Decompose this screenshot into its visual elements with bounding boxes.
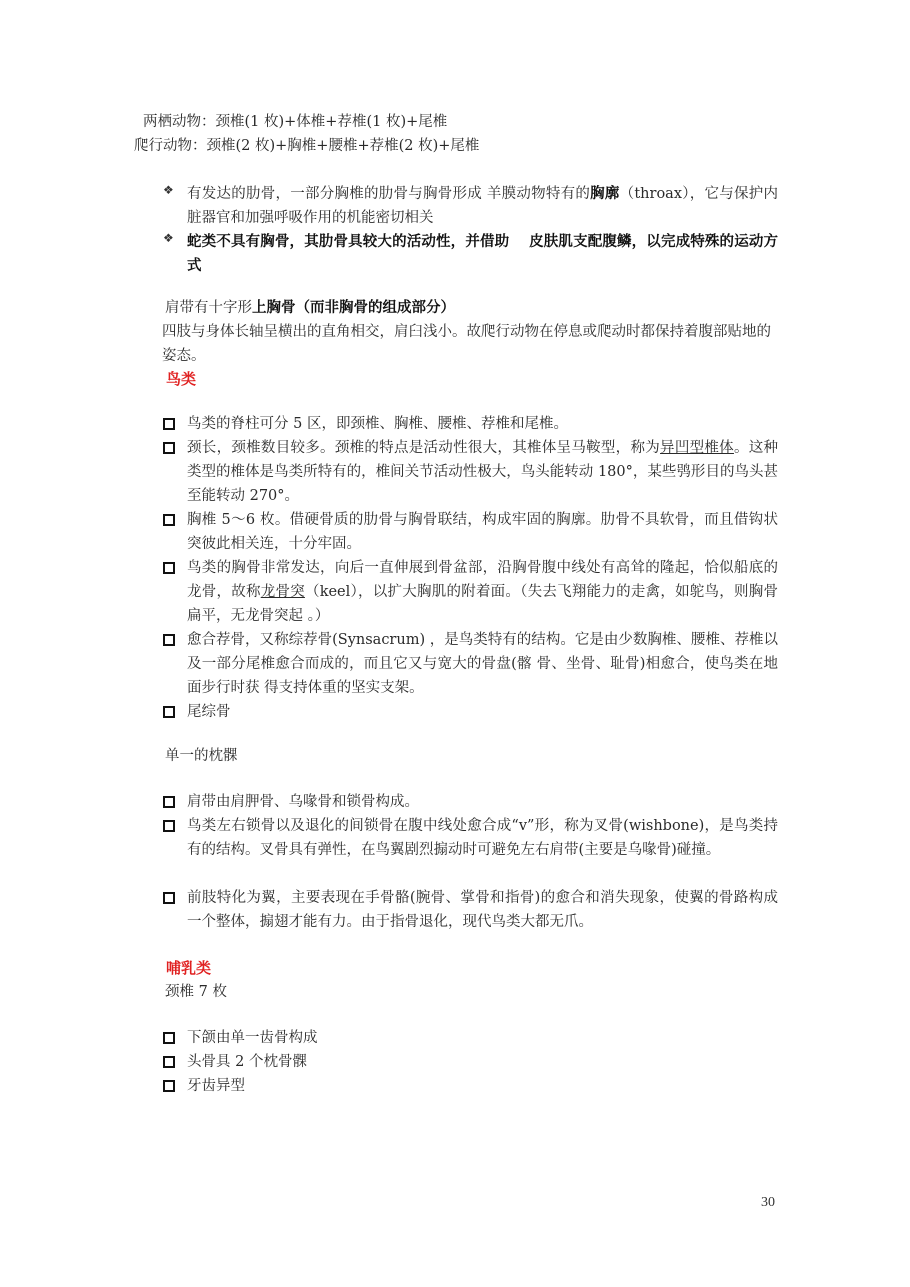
checkbox-bullet-icon (163, 820, 175, 832)
bullet-text: 肩带由肩胛骨、乌喙骨和锁骨构成。 (187, 790, 778, 814)
bullet-text: 前肢特化为翼，主要表现在手骨骼(腕骨、掌骨和指骨)的愈合和消失现象，使翼的骨路构… (187, 886, 778, 934)
list-item: 前肢特化为翼，主要表现在手骨骼(腕骨、掌骨和指骨)的愈合和消失现象，使翼的骨路构… (163, 886, 778, 934)
page-number: 30 (761, 1195, 775, 1211)
bullet-text: 蛇类不具有胸骨，其肋骨具较大的活动性，并借助 皮肤肌支配腹鳞，以完成特殊的运动方… (187, 230, 778, 278)
list-item: 尾综骨 (163, 700, 778, 724)
bullet-text: 颈长，颈椎数目较多。颈椎的特点是活动性很大，其椎体呈马鞍型，称为 (187, 440, 660, 456)
list-item: ❖ 有发达的肋骨，一部分胸椎的肋骨与胸骨形成 羊膜动物特有的胸廓（throax）… (163, 182, 778, 230)
checkbox-bullet-icon (163, 706, 175, 718)
shoulder-line: 肩带有十字形上胸骨（而非胸骨的组成部分） (165, 298, 455, 318)
list-item: 牙齿异型 (163, 1074, 778, 1098)
diamond-bullet-icon: ❖ (163, 231, 177, 245)
list-item: 头骨具 2 个枕骨髁 (163, 1050, 778, 1074)
checkbox-bullet-icon (163, 796, 175, 808)
list-item: 愈合荐骨，又称综荐骨(Synsacrum) ，是鸟类特有的结构。它是由少数胸椎、… (163, 628, 778, 700)
bullet-text: 鸟类的脊柱可分 5 区，即颈椎、胸椎、腰椎、荐椎和尾椎。 (187, 412, 778, 436)
shoulder-text: 肩带有十字形 (165, 300, 252, 316)
birds-heading: 鸟类 (166, 369, 196, 389)
checkbox-bullet-icon (163, 1032, 175, 1044)
keel-term: 龙骨突 (261, 584, 305, 600)
list-item: 鸟类左右锁骨以及退化的间锁骨在腹中线处愈合成“v”形，称为叉骨(wishbone… (163, 814, 778, 862)
bullet-text: 鸟类左右锁骨以及退化的间锁骨在腹中线处愈合成“v”形，称为叉骨(wishbone… (187, 814, 778, 862)
list-item: 胸椎 5～6 枚。借硬骨质的肋骨与胸骨联结，构成牢固的胸廓。肋骨不具软骨，而且借… (163, 508, 778, 556)
checkbox-bullet-icon (163, 1080, 175, 1092)
list-item: 鸟类的胸骨非常发达，向后一直伸展到骨盆部，沿胸骨腹中线处有高耸的隆起，恰似船底的… (163, 556, 778, 628)
list-item: ❖ 蛇类不具有胸骨，其肋骨具较大的活动性，并借助 皮肤肌支配腹鳞，以完成特殊的运… (163, 230, 778, 278)
checkbox-bullet-icon (163, 418, 175, 430)
bullet-text: 有发达的肋骨，一部分胸椎的肋骨与胸骨形成 羊膜动物特有的 (187, 186, 590, 202)
limbs-paragraph: 四肢与身体长轴呈横出的直角相交，肩臼浅小。故爬行动物在停息或爬动时都保持着腹部贴… (162, 320, 780, 368)
list-item: 下颌由单一齿骨构成 (163, 1026, 778, 1050)
reptile-vertebrae-line: 爬行动物：颈椎(2 枚)+胸椎+腰椎+荐椎(2 枚)+尾椎 (134, 136, 479, 156)
list-item: 颈长，颈椎数目较多。颈椎的特点是活动性很大，其椎体呈马鞍型，称为异凹型椎体。这种… (163, 436, 778, 508)
thorax-term: 胸廓 (590, 186, 620, 202)
bullet-text: 下颌由单一齿骨构成 (187, 1026, 778, 1050)
bullet-text: 尾综骨 (187, 700, 778, 724)
mammals-heading: 哺乳类 (166, 958, 211, 978)
list-item: 肩带由肩胛骨、乌喙骨和锁骨构成。 (163, 790, 778, 814)
bullet-text: 愈合荐骨，又称综荐骨(Synsacrum) ，是鸟类特有的结构。它是由少数胸椎、… (187, 628, 778, 700)
bullet-text: 牙齿异型 (187, 1074, 778, 1098)
checkbox-bullet-icon (163, 442, 175, 454)
bullet-text: 胸椎 5～6 枚。借硬骨质的肋骨与胸骨联结，构成牢固的胸廓。肋骨不具软骨，而且借… (187, 508, 778, 556)
checkbox-bullet-icon (163, 514, 175, 526)
checkbox-bullet-icon (163, 892, 175, 904)
checkbox-bullet-icon (163, 1056, 175, 1068)
heterocoelous-term: 异凹型椎体 (660, 440, 734, 456)
amphibian-vertebrae-line: 两栖动物：颈椎(1 枚)+体椎+荐椎(1 枚)+尾椎 (143, 112, 447, 132)
episternum-term: 上胸骨（而非胸骨的组成部分） (252, 300, 455, 316)
list-item: 鸟类的脊柱可分 5 区，即颈椎、胸椎、腰椎、荐椎和尾椎。 (163, 412, 778, 436)
checkbox-bullet-icon (163, 634, 175, 646)
diamond-bullet-icon: ❖ (163, 183, 177, 197)
skull-line: 单一的枕髁 (165, 746, 238, 766)
mammal-neck-line: 颈椎 7 枚 (165, 982, 227, 1002)
checkbox-bullet-icon (163, 562, 175, 574)
bullet-text: 头骨具 2 个枕骨髁 (187, 1050, 778, 1074)
